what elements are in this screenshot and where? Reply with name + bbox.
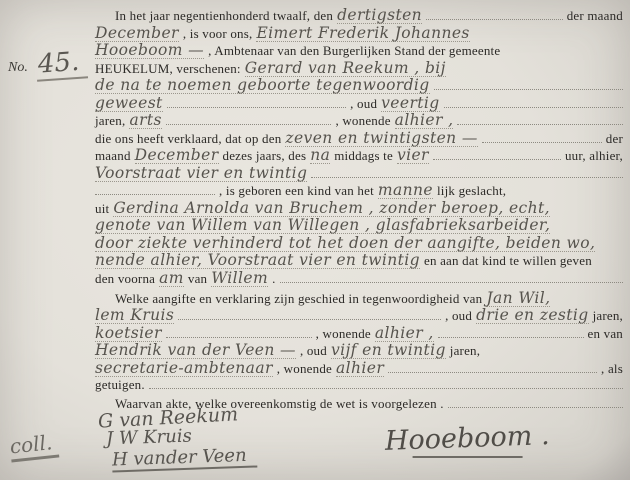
printed-text: middags te	[334, 148, 393, 164]
blank-rule	[166, 123, 332, 125]
document-line: maandDecemberdezes jaars, desnamiddags t…	[95, 147, 623, 164]
printed-text: jaren,	[593, 308, 623, 324]
signature-witness-2: H vander Veen	[112, 444, 257, 472]
handwritten-text: Hendrik van der Veen —	[95, 342, 296, 359]
printed-text: , is geboren een kind van het	[219, 183, 374, 199]
blank-rule	[178, 318, 441, 320]
document-line: door ziekte verhinderd tot het doen der …	[95, 235, 623, 252]
document-line: Voorstraat vier en twintig	[95, 165, 623, 182]
blank-rule	[444, 106, 623, 108]
handwritten-text: geweest	[95, 95, 163, 112]
act-number-value: 45.	[35, 46, 88, 82]
blank-rule	[457, 123, 623, 125]
handwritten-text: manne	[378, 182, 433, 199]
handwritten-text: lem Kruis	[95, 307, 174, 324]
blank-rule	[311, 176, 623, 178]
document-line: de na te noemen geboorte tegenwoordig	[95, 77, 623, 94]
document-line: December, is voor ons,Eimert Frederik Jo…	[95, 25, 623, 42]
blank-rule	[280, 281, 623, 283]
handwritten-text: vier	[397, 147, 429, 164]
signature-area: G van Reekum J W Kruis H vander Veen Hoo…	[0, 405, 630, 480]
handwritten-text: door ziekte verhinderd tot het doen der …	[95, 235, 595, 252]
handwritten-text: secretarie-ambtenaar	[95, 360, 273, 377]
signature-registrar-text: Hooeboom .	[384, 420, 550, 457]
handwritten-text: dertigsten	[337, 7, 422, 24]
handwritten-text: zeven en twintigsten —	[285, 130, 477, 147]
handwritten-text: December	[95, 25, 179, 42]
document-line: jaren,arts, wonendealhier ,	[95, 112, 623, 129]
handwritten-text: alhier	[336, 360, 384, 377]
document-line: lem Kruis, ouddrie en zestigjaren,	[95, 307, 623, 324]
handwritten-text: veertig	[381, 95, 439, 112]
handwritten-text: vijf en twintig	[331, 342, 446, 359]
signature-registrar: Hooeboom .	[384, 420, 550, 461]
document-line: Welke aangifte en verklaring zijn geschi…	[95, 290, 623, 307]
handwritten-text: Gerdina Arnolda van Bruchem , zonder ber…	[113, 200, 550, 217]
printed-text: uur, alhier,	[565, 148, 623, 164]
printed-text: die ons heeft verklaard, dat op den	[95, 131, 281, 147]
printed-text: en aan dat kind te willen geven	[424, 253, 592, 269]
printed-text: maand	[95, 148, 131, 164]
printed-text: , oud	[445, 308, 472, 324]
document-line: In het jaar negentienhonderd twaalf, den…	[95, 7, 623, 24]
printed-text: jaren,	[95, 113, 125, 129]
printed-text: den voorna	[95, 271, 155, 287]
document-line: uitGerdina Arnolda van Bruchem , zonder …	[95, 200, 623, 217]
document-line: Hendrik van der Veen —, oudvijf en twint…	[95, 342, 623, 359]
blank-rule	[438, 336, 584, 338]
signature-witness-1: J W Kruis	[106, 426, 192, 450]
printed-text: getuigen.	[95, 377, 145, 393]
printed-text: , oud	[300, 343, 327, 359]
handwritten-text: koetsier	[95, 325, 162, 342]
printed-text: In het jaar negentienhonderd twaalf, den	[115, 8, 333, 24]
handwritten-text: arts	[129, 112, 161, 129]
handwritten-text: December	[135, 147, 219, 164]
printed-text: , wonende	[277, 361, 332, 377]
act-number-label: No.	[8, 60, 28, 76]
printed-text: HEUKELUM, verschenen:	[95, 61, 241, 77]
blank-rule	[167, 106, 346, 108]
blank-rule	[149, 387, 623, 389]
handwritten-text: alhier ,	[375, 325, 434, 342]
printed-text: dezes jaars, des	[223, 148, 307, 164]
handwritten-text: alhier ,	[395, 112, 454, 129]
act-text-block: In het jaar negentienhonderd twaalf, den…	[95, 7, 623, 414]
handwritten-text: genote van Willem van Willegen , glasfab…	[95, 217, 550, 234]
handwritten-text: Gerard van Reekum , bij	[245, 60, 446, 77]
handwritten-text: Jan Wil,	[486, 290, 550, 307]
handwritten-text: de na te noemen geboorte tegenwoordig	[95, 77, 430, 94]
handwritten-text: Willem	[211, 270, 268, 287]
document-line: Hooeboom —, Ambtenaar van den Burgerlijk…	[95, 42, 623, 59]
printed-text: der maand	[567, 8, 623, 24]
handwritten-text: na	[310, 147, 330, 164]
document-line: genote van Willem van Willegen , glasfab…	[95, 217, 623, 234]
handwritten-text: Eimert Frederik Johannes	[256, 25, 469, 42]
printed-text: , is voor ons,	[183, 26, 253, 42]
printed-text: jaren,	[450, 343, 480, 359]
document-line: nende alhier, Voorstraat vier en twintig…	[95, 252, 623, 269]
document-line: die ons heeft verklaard, dat op denzeven…	[95, 130, 623, 147]
document-scan: No. 45. coll. In het jaar negentienhonde…	[0, 0, 630, 480]
handwritten-text: Voorstraat vier en twintig	[95, 165, 307, 182]
signature-underline	[413, 456, 523, 458]
handwritten-text: Hooeboom —	[95, 42, 204, 59]
printed-text: .	[272, 271, 275, 287]
printed-text: , Ambtenaar van den Burgerlijken Stand d…	[208, 43, 500, 59]
document-line: den voornaamvanWillem.	[95, 270, 623, 287]
printed-text: uit	[95, 201, 109, 217]
document-line: secretarie-ambtenaar, wonendealhier, als	[95, 360, 623, 377]
printed-text: , oud	[350, 96, 377, 112]
blank-rule	[388, 371, 597, 373]
handwritten-text: drie en zestig	[476, 307, 588, 324]
printed-text: , wonende	[316, 326, 371, 342]
document-line: geweest, oudveertig	[95, 95, 623, 112]
printed-text: en van	[588, 326, 624, 342]
document-line: HEUKELUM, verschenen:Gerard van Reekum ,…	[95, 60, 623, 77]
blank-rule	[166, 336, 312, 338]
blank-rule	[482, 141, 602, 143]
blank-rule	[434, 88, 623, 90]
printed-text: der	[606, 131, 623, 147]
printed-text: van	[188, 271, 207, 287]
printed-text: , als	[601, 361, 623, 377]
document-line: koetsier, wonendealhier ,en van	[95, 325, 623, 342]
document-line: getuigen.	[95, 377, 623, 394]
blank-rule	[95, 193, 215, 195]
printed-text: lijk geslacht,	[437, 183, 506, 199]
blank-rule	[426, 18, 563, 20]
blank-rule	[433, 158, 561, 160]
document-line: , is geboren een kind van hetmannelijk g…	[95, 182, 623, 199]
handwritten-text: am	[159, 270, 184, 287]
printed-text: , wonende	[335, 113, 390, 129]
printed-text: Welke aangifte en verklaring zijn geschi…	[115, 291, 482, 307]
handwritten-text: nende alhier, Voorstraat vier en twintig	[95, 252, 420, 269]
